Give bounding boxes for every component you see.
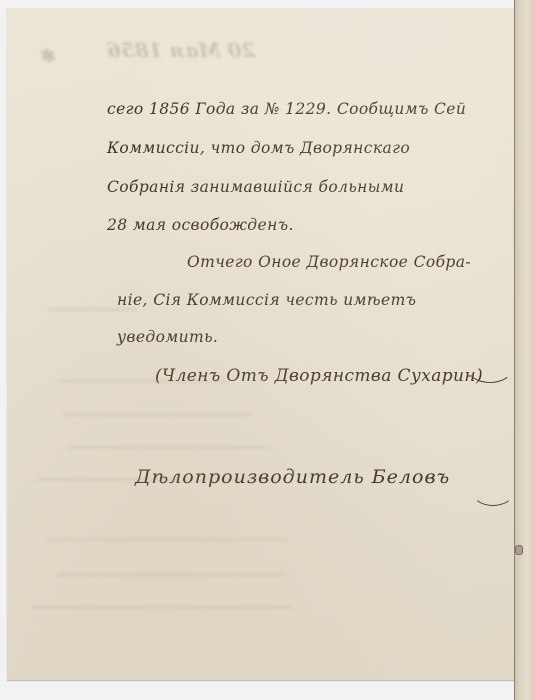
bleed-through-line xyxy=(67,446,267,449)
bleed-through-line xyxy=(32,606,292,609)
text-line: сего 1856 Года за № 1229. Сообщимъ Сей xyxy=(107,100,466,118)
bleed-through-line xyxy=(47,538,287,541)
signature-member: (Членъ Отъ Дворянства Сухарин) xyxy=(155,366,483,386)
page-binding xyxy=(514,0,533,700)
document-page: ✱ 20 Мая 1856 сего 1856 Года за № 1229. … xyxy=(7,8,515,680)
bleed-through-mark: ✱ xyxy=(42,46,57,67)
signature-clerk: Дѣлопроизводитель Беловъ xyxy=(135,466,450,488)
text-line: уведомить. xyxy=(117,328,218,346)
bleed-through-line xyxy=(62,413,252,416)
text-line: Коммиссіи, что домъ Дворянскаго xyxy=(107,139,410,157)
signature-flourish xyxy=(467,353,513,383)
bleed-through-line xyxy=(57,573,287,576)
signature-flourish xyxy=(472,478,514,506)
bleed-through-stamp: 20 Мая 1856 xyxy=(107,38,255,62)
text-line: Собранія занимавшійся больными xyxy=(107,178,404,196)
text-line: Отчего Оное Дворянское Собра- xyxy=(187,253,471,271)
binding-stitch xyxy=(515,545,523,555)
text-line: ніе, Сія Коммиссія честь имѣетъ xyxy=(117,291,416,309)
text-line: 28 мая освобожденъ. xyxy=(107,216,294,234)
